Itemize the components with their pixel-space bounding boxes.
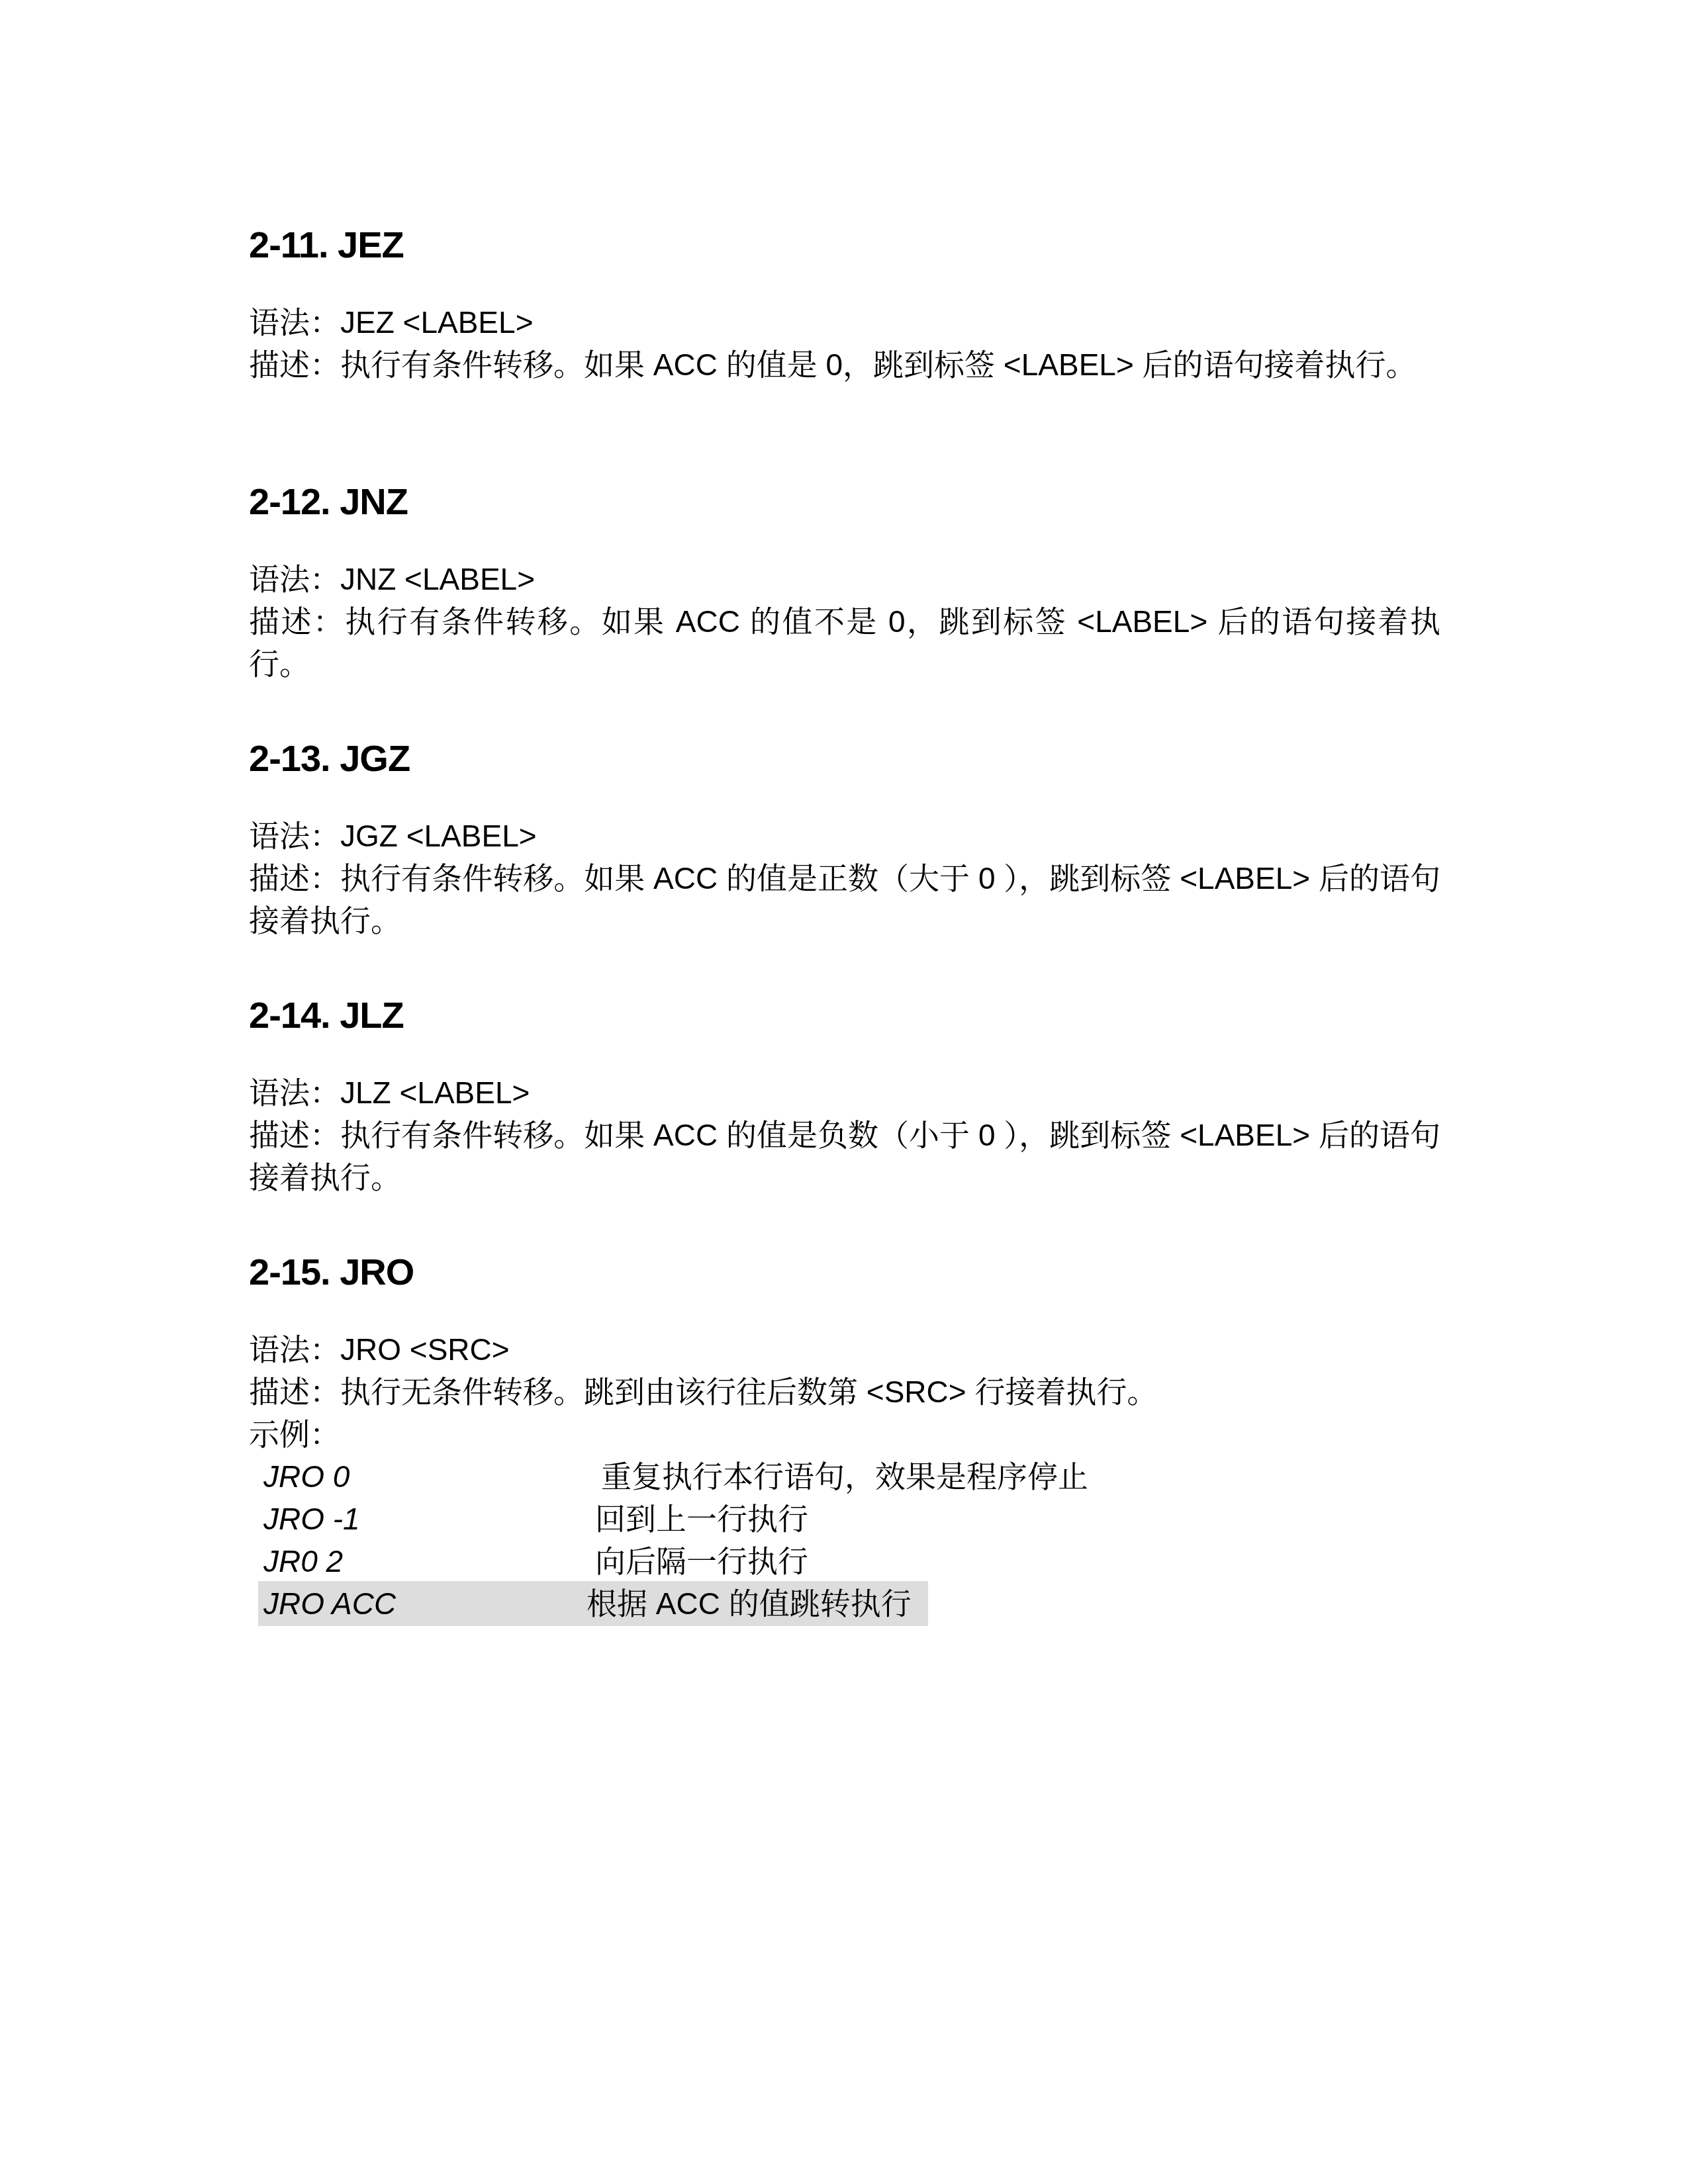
- section-jgz: 2-13. JGZ 语法：JGZ <LABEL> 描述：执行有条件转移。如果 A…: [249, 735, 1440, 942]
- section-jlz: 2-14. JLZ 语法：JLZ <LABEL> 描述：执行有条件转移。如果 A…: [249, 992, 1440, 1199]
- example-row: JR0 2 向后隔一行执行: [249, 1540, 1440, 1582]
- syntax-line: 语法：JRO <SRC>: [249, 1328, 1440, 1371]
- example-row: JRO -1 回到上一行执行: [249, 1498, 1440, 1540]
- example-code: JRO ACC: [263, 1582, 396, 1625]
- example-code: JRO 0: [263, 1455, 350, 1498]
- example-description: 向后隔一行执行: [595, 1540, 808, 1582]
- section-heading: 2-12. JNZ: [249, 478, 1440, 525]
- example-row-highlighted: JRO ACC 根据 ACC 的值跳转执行: [249, 1582, 1440, 1625]
- section-heading: 2-14. JLZ: [249, 992, 1440, 1038]
- example-description: 重复执行本行语句，效果是程序停止: [601, 1455, 1088, 1498]
- section-jez: 2-11. JEZ 语法：JEZ <LABEL> 描述：执行有条件转移。如果 A…: [249, 222, 1440, 386]
- section-jnz: 2-12. JNZ 语法：JNZ <LABEL> 描述：执行有条件转移。如果 A…: [249, 478, 1440, 685]
- examples-table: JRO 0 重复执行本行语句，效果是程序停止 JRO -1 回到上一行执行 JR…: [249, 1455, 1440, 1625]
- description-text: 描述：执行有条件转移。如果 ACC 的值不是 0，跳到标签 <LABEL> 后的…: [249, 600, 1440, 685]
- example-description: 根据 ACC 的值跳转执行: [586, 1582, 912, 1625]
- section-heading: 2-13. JGZ: [249, 735, 1440, 782]
- description-text: 描述：执行无条件转移。跳到由该行往后数第 <SRC> 行接着执行。: [249, 1371, 1440, 1413]
- example-row: JRO 0 重复执行本行语句，效果是程序停止: [249, 1455, 1440, 1498]
- example-description: 回到上一行执行: [595, 1498, 808, 1540]
- syntax-line: 语法：JLZ <LABEL>: [249, 1071, 1440, 1114]
- description-text: 描述：执行有条件转移。如果 ACC 的值是负数（小于 0 ），跳到标签 <LAB…: [249, 1114, 1440, 1199]
- example-code: JR0 2: [263, 1540, 343, 1582]
- description-text: 描述：执行有条件转移。如果 ACC 的值是正数（大于 0 ），跳到标签 <LAB…: [249, 857, 1440, 942]
- section-heading: 2-11. JEZ: [249, 222, 1440, 268]
- example-code: JRO -1: [263, 1498, 360, 1540]
- description-text: 描述：执行有条件转移。如果 ACC 的值是 0，跳到标签 <LABEL> 后的语…: [249, 343, 1440, 386]
- syntax-line: 语法：JNZ <LABEL>: [249, 558, 1440, 600]
- examples-label: 示例：: [249, 1413, 1440, 1455]
- syntax-line: 语法：JEZ <LABEL>: [249, 301, 1440, 343]
- section-jro: 2-15. JRO 语法：JRO <SRC> 描述：执行无条件转移。跳到由该行往…: [249, 1249, 1440, 1625]
- syntax-line: 语法：JGZ <LABEL>: [249, 815, 1440, 857]
- section-heading: 2-15. JRO: [249, 1249, 1440, 1295]
